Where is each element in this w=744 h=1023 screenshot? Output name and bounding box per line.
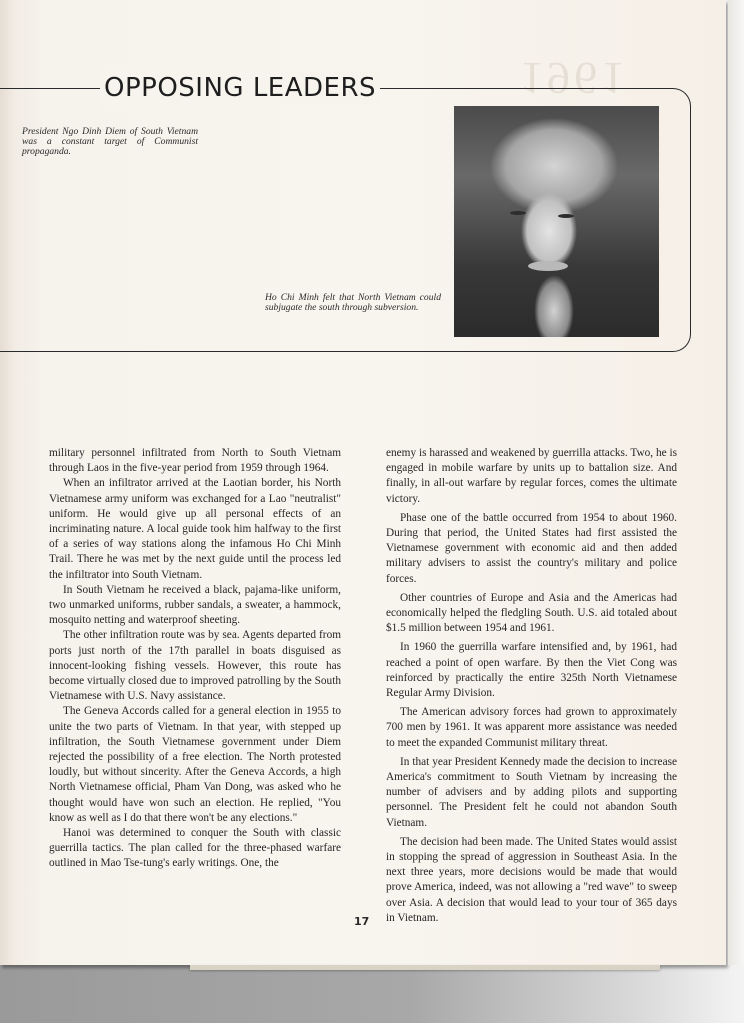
- body-column-right: enemy is harassed and weakened by guerri…: [386, 446, 677, 926]
- paragraph: The American advisory forces had grown t…: [386, 705, 677, 751]
- paragraph: In that year President Kennedy made the …: [386, 755, 677, 831]
- photo-detail: [528, 261, 568, 271]
- paragraph: Other countries of Europe and Asia and t…: [386, 591, 677, 637]
- underlying-page-edge: [190, 965, 660, 970]
- paragraph: In South Vietnam he received a black, pa…: [49, 583, 341, 629]
- page-number: 17: [354, 915, 369, 928]
- body-column-left: military personnel infiltrated from Nort…: [49, 446, 341, 872]
- paragraph: The Geneva Accords called for a general …: [49, 704, 341, 826]
- photo-detail: [558, 214, 574, 218]
- caption-diem: President Ngo Dinh Diem of South Vietnam…: [22, 127, 198, 157]
- photo-detail: [510, 211, 526, 215]
- ho-chi-minh-photo: [454, 106, 659, 337]
- page-edge: [728, 0, 744, 965]
- scanned-page: 1961 OPPOSING LEADERS President Ngo Dinh…: [0, 0, 726, 965]
- paragraph: enemy is harassed and weakened by guerri…: [386, 446, 677, 507]
- caption-ho-chi-minh: Ho Chi Minh felt that North Vietnam coul…: [265, 293, 441, 313]
- paragraph: The decision had been made. The United S…: [386, 835, 677, 926]
- page-title: OPPOSING LEADERS: [100, 71, 380, 105]
- paragraph: The other infiltration route was by sea.…: [49, 628, 341, 704]
- paragraph: In 1960 the guerrilla warfare intensifie…: [386, 640, 677, 701]
- paragraph: military personnel infiltrated from Nort…: [49, 446, 341, 476]
- paragraph: When an infiltrator arrived at the Laoti…: [49, 476, 341, 582]
- paragraph: Hanoi was determined to conquer the Sout…: [49, 826, 341, 872]
- paragraph: Phase one of the battle occurred from 19…: [386, 511, 677, 587]
